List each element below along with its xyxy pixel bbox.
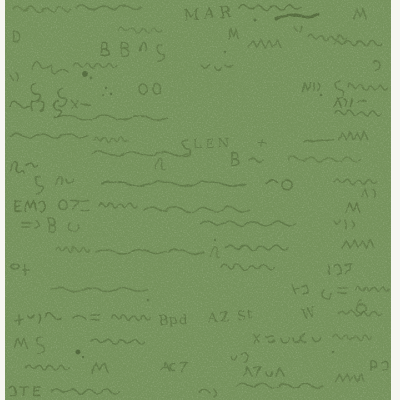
fabric-mottle xyxy=(5,0,391,400)
white-margin-right xyxy=(391,0,400,400)
white-margin-left xyxy=(0,0,5,400)
fabric-swatch: MARLEN+BpdAZ StW xyxy=(5,0,391,400)
script-pattern-svg: MARLEN+BpdAZ StW xyxy=(5,0,391,400)
photo-canvas: MARLEN+BpdAZ StW xyxy=(0,0,400,400)
